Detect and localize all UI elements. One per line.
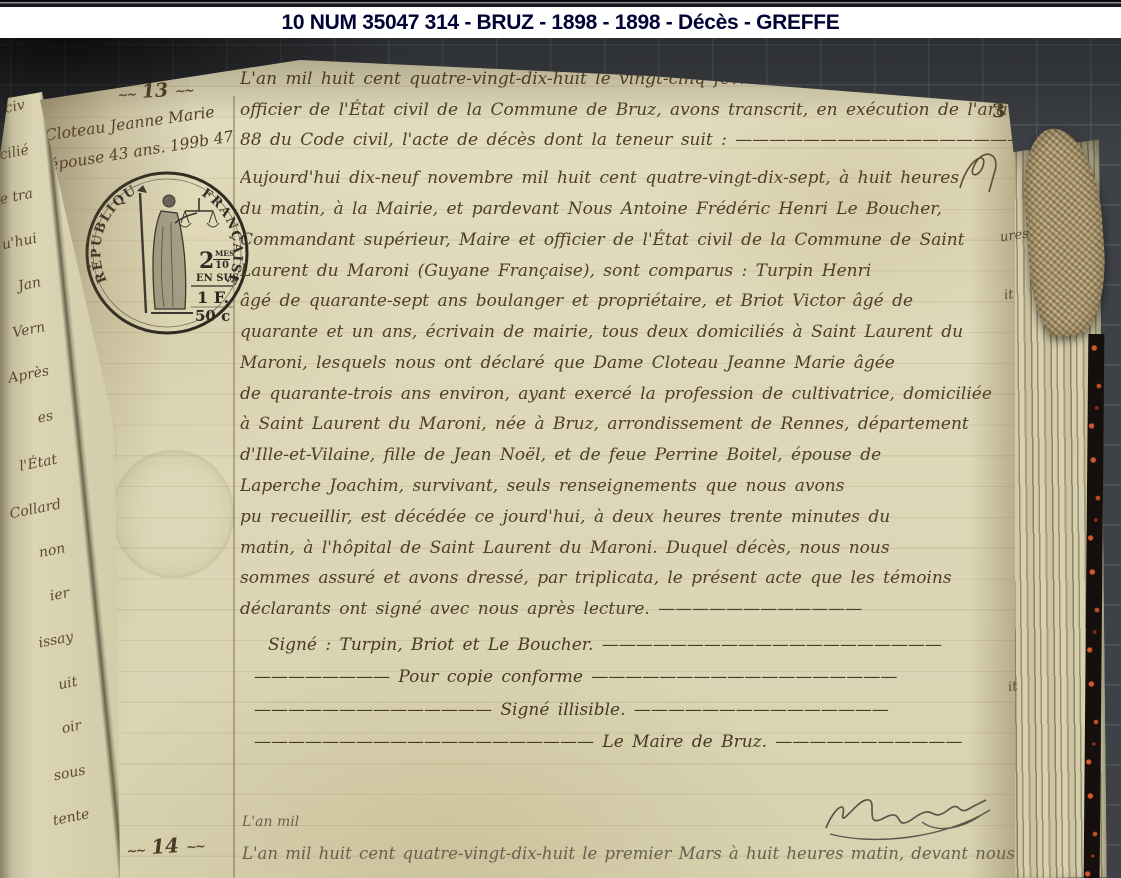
handwritten-line: —————————————— Signé illisible. ————————…: [240, 694, 1012, 726]
register-page: ~~ 13 ~~ Cloteau Jeanne Marie épouse 43 …: [30, 56, 1015, 878]
ink-flourish: ~~: [117, 87, 136, 103]
ink-flourish: ~~: [126, 843, 145, 859]
entry-number-text: 13: [141, 79, 169, 103]
mayor-signature-flourish-icon: [820, 788, 1000, 848]
handwritten-line: Laurent du Maroni (Guyane Française), so…: [240, 256, 1012, 287]
ink-flourish: ~~: [186, 839, 205, 855]
document-title: 10 NUM 35047 314 - BRUZ - 1898 - 1898 - …: [281, 11, 839, 35]
transcription-header-lines: L'an mil huit cent quatre-vingt-dix-huit…: [240, 64, 1012, 156]
header-bar: 10 NUM 35047 314 - BRUZ - 1898 - 1898 - …: [0, 7, 1121, 38]
handwritten-line: 88 du Code civil, l'acte de décès dont l…: [240, 125, 1012, 156]
bottom-marginalia: L'an mil: [242, 814, 299, 830]
margin-entry-number: ~~ 13 ~~: [89, 75, 220, 106]
svg-text:10: 10: [215, 260, 229, 271]
register-scan-photo: État civiciliéote trau'huiJanVernAprèses…: [0, 38, 1121, 878]
handwritten-line: à Saint Laurent du Maroni, née à Bruz, a…: [240, 409, 1012, 440]
handwritten-line: Commandant supérieur, Maire et officier …: [240, 225, 1012, 256]
blind-embossed-stamp-icon: [112, 450, 234, 578]
handwritten-line: L'an mil huit cent quatre-vingt-dix-huit…: [240, 64, 1012, 95]
handwritten-line: de quarante-trois ans environ, ayant exe…: [240, 379, 1012, 410]
act-body-lines: Aujourd'hui dix-neuf novembre mil huit c…: [240, 163, 1012, 625]
handwritten-line: Signé : Turpin, Briot et Le Boucher. ———…: [240, 629, 1012, 661]
handwritten-line: quarante et un ans, écrivain de mairie, …: [240, 317, 1012, 348]
entry-number-text: 14: [150, 833, 179, 859]
handwritten-line: âgé de quarante-sept ans boulanger et pr…: [240, 286, 1012, 317]
svg-text:2: 2: [199, 248, 214, 274]
handwritten-line: Maroni, lesquels nous ont déclaré que Da…: [240, 348, 1012, 379]
ink-flourish: ~~: [174, 83, 193, 99]
next-act-first-line: L'an mil huit cent quatre-vingt-dix-huit…: [242, 844, 1030, 863]
handwritten-line: d'Ille-et-Vilaine, fille de Jean Noël, e…: [240, 440, 1012, 471]
svg-text:EN SUS: EN SUS: [196, 273, 239, 284]
handwritten-line: officier de l'État civil de la Commune d…: [240, 95, 1012, 126]
svg-text:1 F.: 1 F.: [197, 288, 229, 307]
handwritten-line: pu recueillir, est décédée ce jourd'hui,…: [240, 502, 1012, 533]
act-text-block: L'an mil huit cent quatre-vingt-dix-huit…: [240, 64, 1012, 759]
handwritten-line: sommes assuré et avons dressé, par tripl…: [240, 563, 1012, 594]
signature-block-lines: Signé : Turpin, Briot et Le Boucher. ———…: [240, 629, 1012, 759]
handwritten-line: ———————————————————— Le Maire de Bruz. —…: [240, 726, 1012, 758]
republique-stamp-icon: RÉPUBLIQUE FRANÇAISE 2 MES 10 EN SUS: [81, 167, 253, 339]
handwritten-line: matin, à l'hôpital de Saint Laurent du M…: [240, 533, 1012, 564]
handwritten-line: Aujourd'hui dix-neuf novembre mil huit c…: [240, 163, 1012, 194]
window-top-edge: [0, 0, 1121, 7]
handwritten-line: déclarants ont signé avec nous après lec…: [240, 594, 1012, 625]
handwritten-line: ———————— Pour copie conforme ———————————…: [240, 661, 1012, 693]
handwritten-line: Laperche Joachim, survivant, seuls rense…: [240, 471, 1012, 502]
svg-text:50 c: 50 c: [195, 307, 230, 325]
handwritten-line: du matin, à la Mairie, et pardevant Nous…: [240, 194, 1012, 225]
svg-text:MES: MES: [215, 249, 234, 258]
